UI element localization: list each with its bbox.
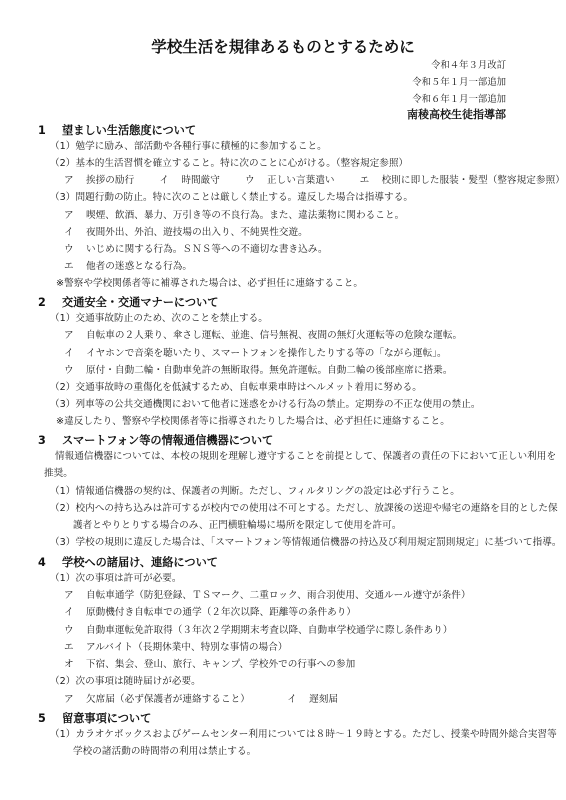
list-item: （3）問題行動の防止。特に次のことは厳しく禁止する。違反した場合は指導する。 <box>50 192 413 204</box>
list-item: （1）カラオケボックスおよびゲームセンター利用については８時～１９時とする。ただ… <box>50 729 557 741</box>
list-item: （2）校内への持ち込みは許可するが校内での使用は不可とする。ただし、放課後の送迎… <box>50 503 558 515</box>
section-heading: 3スマートフォン等の情報通信機器について <box>38 434 273 448</box>
sub-text: 喫煙、飲酒、暴力、万引き等の不良行為。また、違法薬物に関わること。 <box>86 210 404 221</box>
item-text: 情報通信機器の契約は、保護者の判断。ただし、フィルタリングの設定は必ず行うこと。 <box>75 486 459 497</box>
sub-item: エ他者の迷惑となる行為。 <box>64 261 192 273</box>
sub-text: 自動車運転免許取得（３年次２学期期末考査以降、自動車学校通学に際し条件あり） <box>86 625 452 636</box>
sub-mark: ア <box>64 330 86 342</box>
section-number: 3 <box>38 434 62 448</box>
sub-item: ア自転車の２人乗り、傘さし運転、並進、信号無視、夜間の無灯火運転等の危険な運転。 <box>64 330 462 342</box>
item-label: （1） <box>50 729 75 740</box>
sub-item: イ原動機付き自転車での通学（２年次以降、距離等の条件あり） <box>64 607 356 619</box>
section-number: 1 <box>38 124 62 138</box>
sub-mark: ウ <box>245 175 267 187</box>
item-label: （2） <box>50 503 75 514</box>
sub-item: エアルバイト（長期休業中、特別な事情の場合） <box>64 642 287 654</box>
item-label: （3） <box>50 192 75 203</box>
sub-mark: ア <box>64 175 86 187</box>
sub-text: 自転車の２人乗り、傘さし運転、並進、信号無視、夜間の無灯火運転等の危険な運転。 <box>86 330 462 341</box>
list-item-continued: 学校の諸活動の時間帯の利用は禁止する。 <box>73 746 256 758</box>
item-text: 次の事項は許可が必要。 <box>75 573 181 584</box>
sub-item: ア喫煙、飲酒、暴力、万引き等の不良行為。また、違法薬物に関わること。 <box>64 210 404 222</box>
sub-text: 原動機付き自転車での通学（２年次以降、距離等の条件あり） <box>86 607 356 618</box>
item-text: 列車等の公共交通機関において他者に迷惑をかける行為の禁止。定期券の不正な使用の禁… <box>75 399 480 410</box>
sub-text: アルバイト（長期休業中、特別な事情の場合） <box>86 642 287 653</box>
sub-mark: エ <box>64 642 86 654</box>
section-title: 交通安全・交通マナーについて <box>62 296 218 309</box>
sub-mark: イ <box>159 175 181 187</box>
sub-mark: エ <box>360 175 382 187</box>
list-item: （1）次の事項は許可が必要。 <box>50 573 182 585</box>
sub-item: ウ自動車運転免許取得（３年次２学期期末考査以降、自動車学校通学に際し条件あり） <box>64 625 452 637</box>
sub-item: イ夜間外出、外泊、遊技場の出入り、不純異性交遊。 <box>64 227 308 239</box>
sub-mark: ウ <box>64 244 86 256</box>
document-title: 学校生活を規律あるものとするために <box>0 38 566 56</box>
revision-line: 令和６年１月一部追加 <box>412 94 506 106</box>
section-heading: 1望ましい生活態度について <box>38 124 196 138</box>
sub-text: 遅刻届 <box>309 694 338 705</box>
sub-mark: ウ <box>64 625 86 637</box>
item-text: 交通事故防止のため、次のことを禁止する。 <box>75 313 268 324</box>
item-text: 学校の規則に違反した場合は、「スマートフォン等情報通信機器の持込及び利用規定罰則… <box>75 537 561 548</box>
item-label: （3） <box>50 399 75 410</box>
sub-item: ウいじめに関する行為。ＳＮＳ等への不適切な書き込み。 <box>64 244 328 256</box>
section-number: 4 <box>38 556 62 570</box>
sub-text: 原付・自動二輪・自動車免許の無断取得。無免許運転。自動二輪の後部座席に搭乗。 <box>86 365 452 376</box>
list-item: （2）交通事故時の重傷化を低減するため、自転車乗車時はヘルメット着用に努める。 <box>50 382 422 394</box>
sub-mark: ウ <box>64 365 86 377</box>
sub-mark: イ <box>64 607 86 619</box>
sub-mark: オ <box>64 659 86 671</box>
sub-item: オ下宿、集会、登山、旅行、キャンプ、学校外での行事への参加 <box>64 659 355 671</box>
sub-item: ア自転車通学（防犯登録、ＴＳマーク、二重ロック、雨合羽使用、交通ルール遵守が条件… <box>64 590 471 602</box>
list-item: （1）勉学に励み、部活動や各種行事に積極的に参加すること。 <box>50 141 327 153</box>
intro-paragraph-continued: 推奨。 <box>44 468 73 480</box>
item-label: （1） <box>50 313 75 324</box>
note: ※警察や学校関係者等に補導された場合は、必ず担任に連絡すること。 <box>56 278 363 290</box>
sub-text: 校則に即した服装・髪型（整容規定参照） <box>382 175 565 186</box>
list-item: （3）列車等の公共交通機関において他者に迷惑をかける行為の禁止。定期券の不正な使… <box>50 399 481 411</box>
item-text: 交通事故時の重傷化を低減するため、自転車乗車時はヘルメット着用に努める。 <box>75 382 422 393</box>
inline-sub-list: ア欠席届（必ず保護者が連絡すること） イ遅刻届 <box>64 694 338 706</box>
list-item-continued: 護者とやりとりする場合のみ、正門横駐輪場に場所を限定して使用を許可。 <box>73 520 401 532</box>
sub-text: 下宿、集会、登山、旅行、キャンプ、学校外での行事への参加 <box>86 659 355 670</box>
section-title: 留意事項について <box>62 712 151 725</box>
item-text: 次の事項は随時届けが必要。 <box>75 676 200 687</box>
list-item: （2）次の事項は随時届けが必要。 <box>50 676 201 688</box>
item-text: 問題行動の防止。特に次のことは厳しく禁止する。違反した場合は指導する。 <box>75 192 413 203</box>
note: ※違反したり、警察や学校関係者等に指導されたりした場合は、必ず担任に連絡すること… <box>56 416 450 428</box>
sub-text: 欠席届（必ず保護者が連絡すること） <box>86 694 250 705</box>
sub-text: 自転車通学（防犯登録、ＴＳマーク、二重ロック、雨合羽使用、交通ルール遵守が条件） <box>86 590 471 601</box>
section-number: 5 <box>38 712 62 726</box>
revision-line: 令和４年３月改訂 <box>431 60 506 72</box>
section-title: 学校への諸届け、連絡について <box>62 556 218 569</box>
sub-mark: ア <box>64 210 86 222</box>
sub-mark: イ <box>64 227 86 239</box>
sub-item: ウ原付・自動二輪・自動車免許の無断取得。無免許運転。自動二輪の後部座席に搭乗。 <box>64 365 452 377</box>
list-item: （1）情報通信機器の契約は、保護者の判断。ただし、フィルタリングの設定は必ず行う… <box>50 486 460 498</box>
item-text: 勉学に励み、部活動や各種行事に積極的に参加すること。 <box>75 141 326 152</box>
item-text: カラオケボックスおよびゲームセンター利用については８時～１９時とする。ただし、授… <box>75 729 556 740</box>
sub-mark: イ <box>287 694 309 706</box>
sub-text: イヤホンで音楽を聴いたり、スマートフォンを操作したりする等の「ながら運転」。 <box>86 348 447 359</box>
section-title: 望ましい生活態度について <box>62 124 196 137</box>
sub-mark: エ <box>64 261 86 273</box>
item-label: （1） <box>50 486 75 497</box>
inline-sub-list: ア挨拶の励行 イ時間厳守 ウ正しい言葉遣い エ校則に即した服装・髪型（整容規定参… <box>64 175 565 187</box>
sub-text: いじめに関する行為。ＳＮＳ等への不適切な書き込み。 <box>86 244 328 255</box>
section-title: スマートフォン等の情報通信機器について <box>62 434 273 447</box>
sub-text: 他者の迷惑となる行為。 <box>86 261 192 272</box>
item-label: （2） <box>50 382 75 393</box>
department-name: 南稜高校生徒指導部 <box>407 109 506 121</box>
item-label: （1） <box>50 141 75 152</box>
sub-text: 正しい言葉遣い <box>267 175 335 186</box>
item-label: （2） <box>50 158 75 169</box>
sub-mark: ア <box>64 694 86 706</box>
sub-mark: ア <box>64 590 86 602</box>
sub-text: 夜間外出、外泊、遊技場の出入り、不純異性交遊。 <box>86 227 308 238</box>
list-item: （3）学校の規則に違反した場合は、「スマートフォン等情報通信機器の持込及び利用規… <box>50 537 562 549</box>
sub-text: 時間厳守 <box>181 175 220 186</box>
section-heading: 4学校への諸届け、連絡について <box>38 556 218 570</box>
item-text: 校内への持ち込みは許可するが校内での使用は不可とする。ただし、放課後の送迎や帰宅… <box>75 503 557 514</box>
sub-item: イイヤホンで音楽を聴いたり、スマートフォンを操作したりする等の「ながら運転」。 <box>64 348 447 360</box>
item-label: （1） <box>50 573 75 584</box>
revision-line: 令和５年１月一部追加 <box>412 77 506 89</box>
list-item: （2）基本的生活習慣を確立すること。特に次のことに心がける。（整容規定参照） <box>50 158 408 170</box>
item-label: （2） <box>50 676 75 687</box>
sub-mark: イ <box>64 348 86 360</box>
intro-paragraph: 情報通信機器については、本校の規則を理解し遵守することを前提として、保護者の責任… <box>55 451 556 463</box>
item-label: （3） <box>50 537 75 548</box>
list-item: （1）交通事故防止のため、次のことを禁止する。 <box>50 313 268 325</box>
sub-text: 挨拶の励行 <box>86 175 134 186</box>
section-heading: 2交通安全・交通マナーについて <box>38 296 218 310</box>
section-number: 2 <box>38 296 62 310</box>
section-heading: 5留意事項について <box>38 712 151 726</box>
item-text: 基本的生活習慣を確立すること。特に次のことに心がける。（整容規定参照） <box>75 158 408 169</box>
